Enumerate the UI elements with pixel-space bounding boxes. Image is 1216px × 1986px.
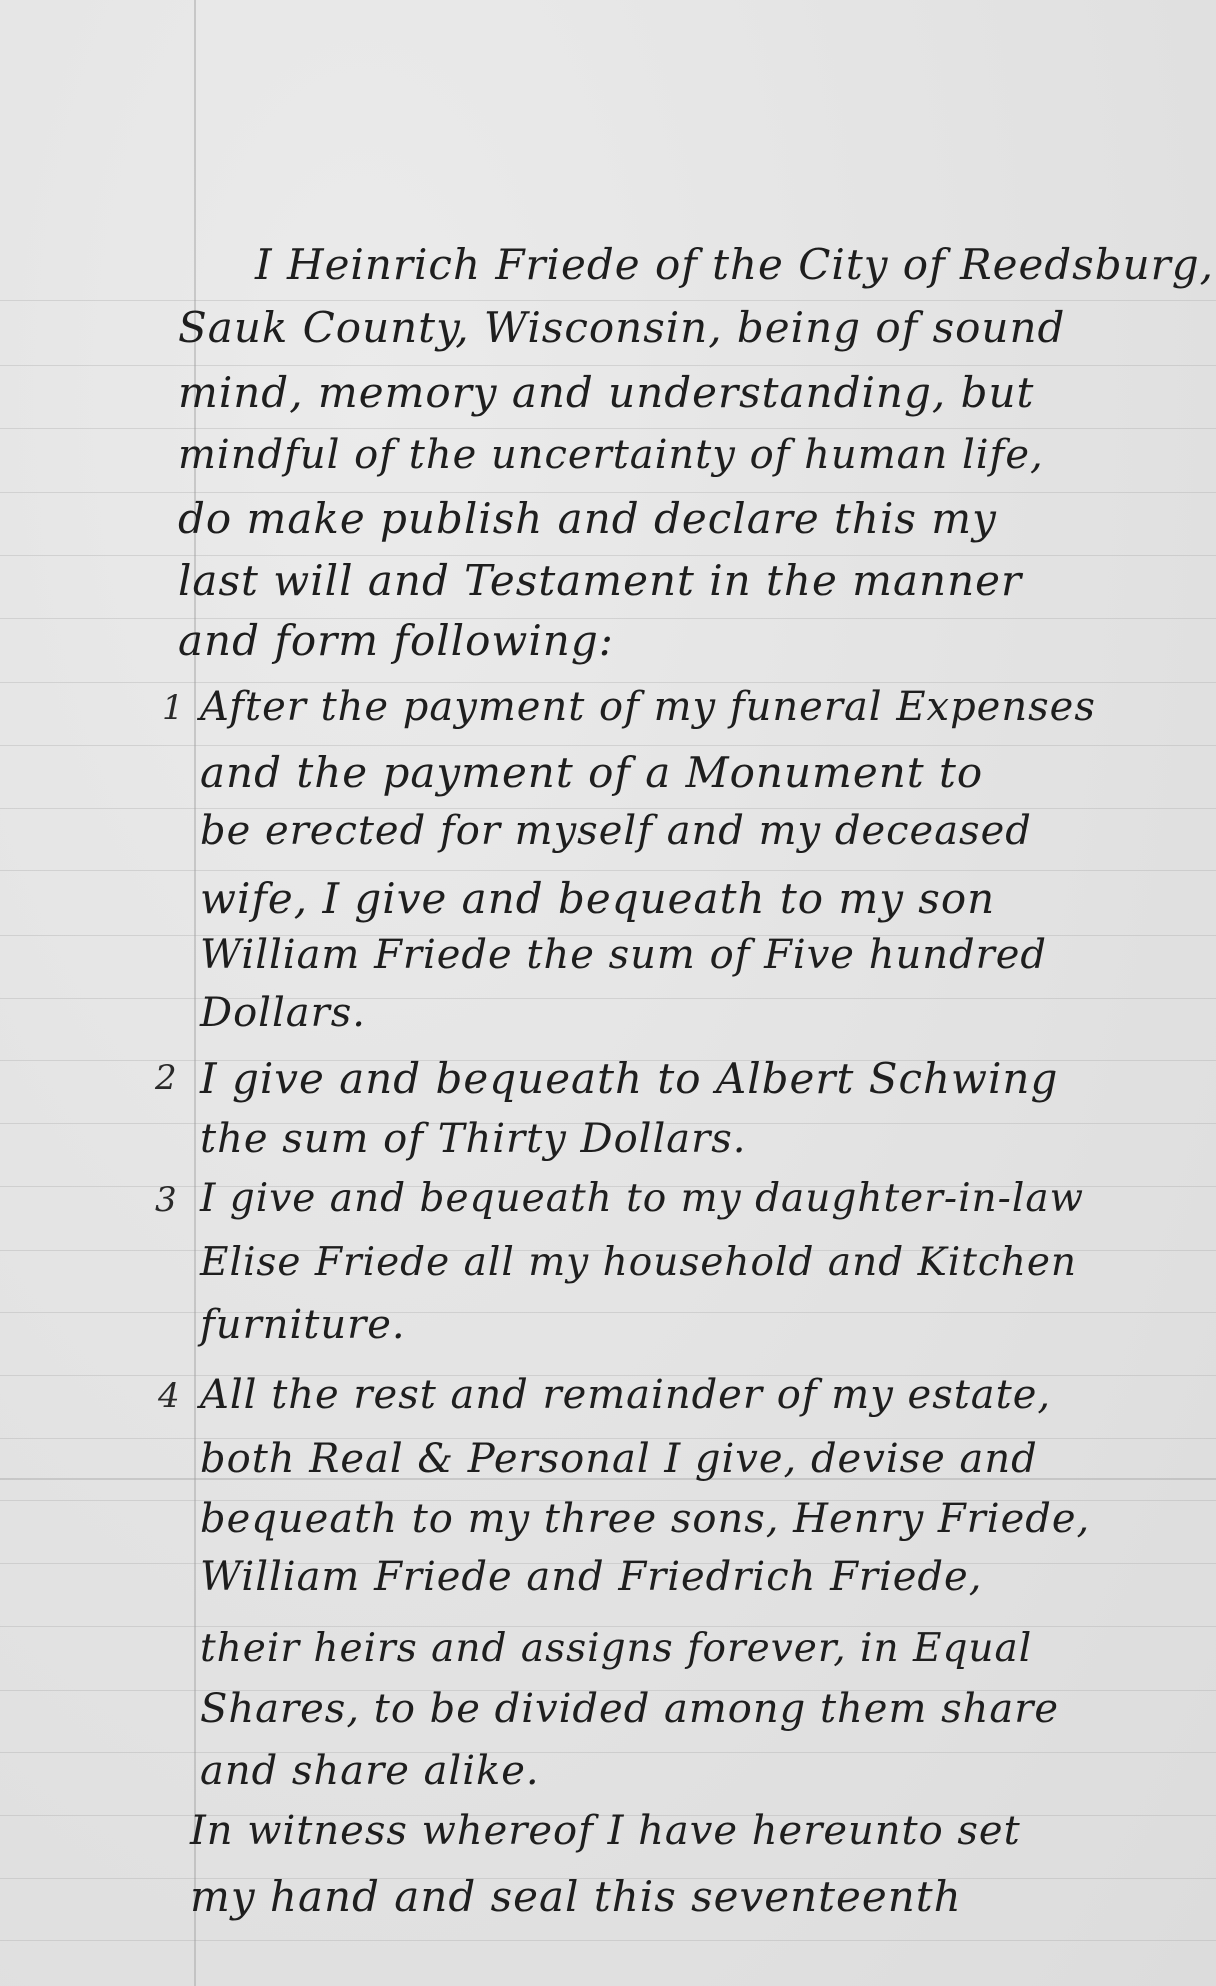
item-number: 4 (158, 1376, 180, 1416)
text-line: be erected for myself and my deceased (200, 808, 1032, 854)
ruled-line (0, 428, 1216, 429)
text-line: Elise Friede all my household and Kitche… (200, 1240, 1077, 1285)
text-line: After the payment of my funeral Expenses (200, 684, 1096, 730)
text-line: their heirs and assigns forever, in Equa… (200, 1626, 1032, 1671)
ruled-line (0, 1752, 1216, 1753)
ruled-line (0, 682, 1216, 683)
text-line: my hand and seal this seventeenth (190, 1872, 962, 1921)
text-line: and the payment of a Monument to (200, 748, 983, 797)
text-line: furniture. (200, 1302, 406, 1348)
text-line: the sum of Thirty Dollars. (200, 1116, 746, 1162)
ruled-line (0, 492, 1216, 493)
text-line: Shares, to be divided among them share (200, 1686, 1059, 1732)
margin-line (194, 0, 196, 1986)
text-line: Sauk County, Wisconsin, being of sound (178, 303, 1065, 352)
text-line: I give and bequeath to my daughter-in-la… (200, 1176, 1084, 1221)
text-line: wife, I give and bequeath to my son (200, 874, 995, 923)
text-line: last will and Testament in the manner (178, 556, 1022, 605)
text-line: mind, memory and understanding, but (178, 368, 1034, 417)
text-line: both Real & Personal I give, devise and (200, 1436, 1038, 1482)
ruled-line (0, 870, 1216, 871)
text-line: do make publish and declare this my (178, 494, 997, 543)
ruled-line (0, 1312, 1216, 1313)
ruled-line (0, 745, 1216, 746)
text-line: All the rest and remainder of my estate, (200, 1372, 1051, 1418)
text-line: Dollars. (200, 990, 366, 1036)
text-line: bequeath to my three sons, Henry Friede, (200, 1496, 1090, 1542)
text-line: I give and bequeath to Albert Schwing (200, 1054, 1058, 1103)
ruled-line (0, 998, 1216, 999)
ruled-line (0, 365, 1216, 366)
text-line: mindful of the uncertainty of human life… (178, 432, 1044, 478)
item-number: 1 (162, 688, 184, 728)
text-line: and share alike. (200, 1748, 540, 1794)
item-number: 3 (155, 1180, 177, 1220)
text-line: I Heinrich Friede of the City of Reedsbu… (255, 240, 1214, 289)
text-line: William Friede the sum of Five hundred (200, 932, 1047, 978)
ruled-line (0, 300, 1216, 301)
item-number: 2 (155, 1058, 177, 1098)
text-line: William Friede and Friedrich Friede, (200, 1554, 982, 1600)
ruled-line (0, 1940, 1216, 1941)
text-line: In witness whereof I have hereunto set (190, 1808, 1021, 1854)
text-line: and form following: (178, 616, 614, 665)
